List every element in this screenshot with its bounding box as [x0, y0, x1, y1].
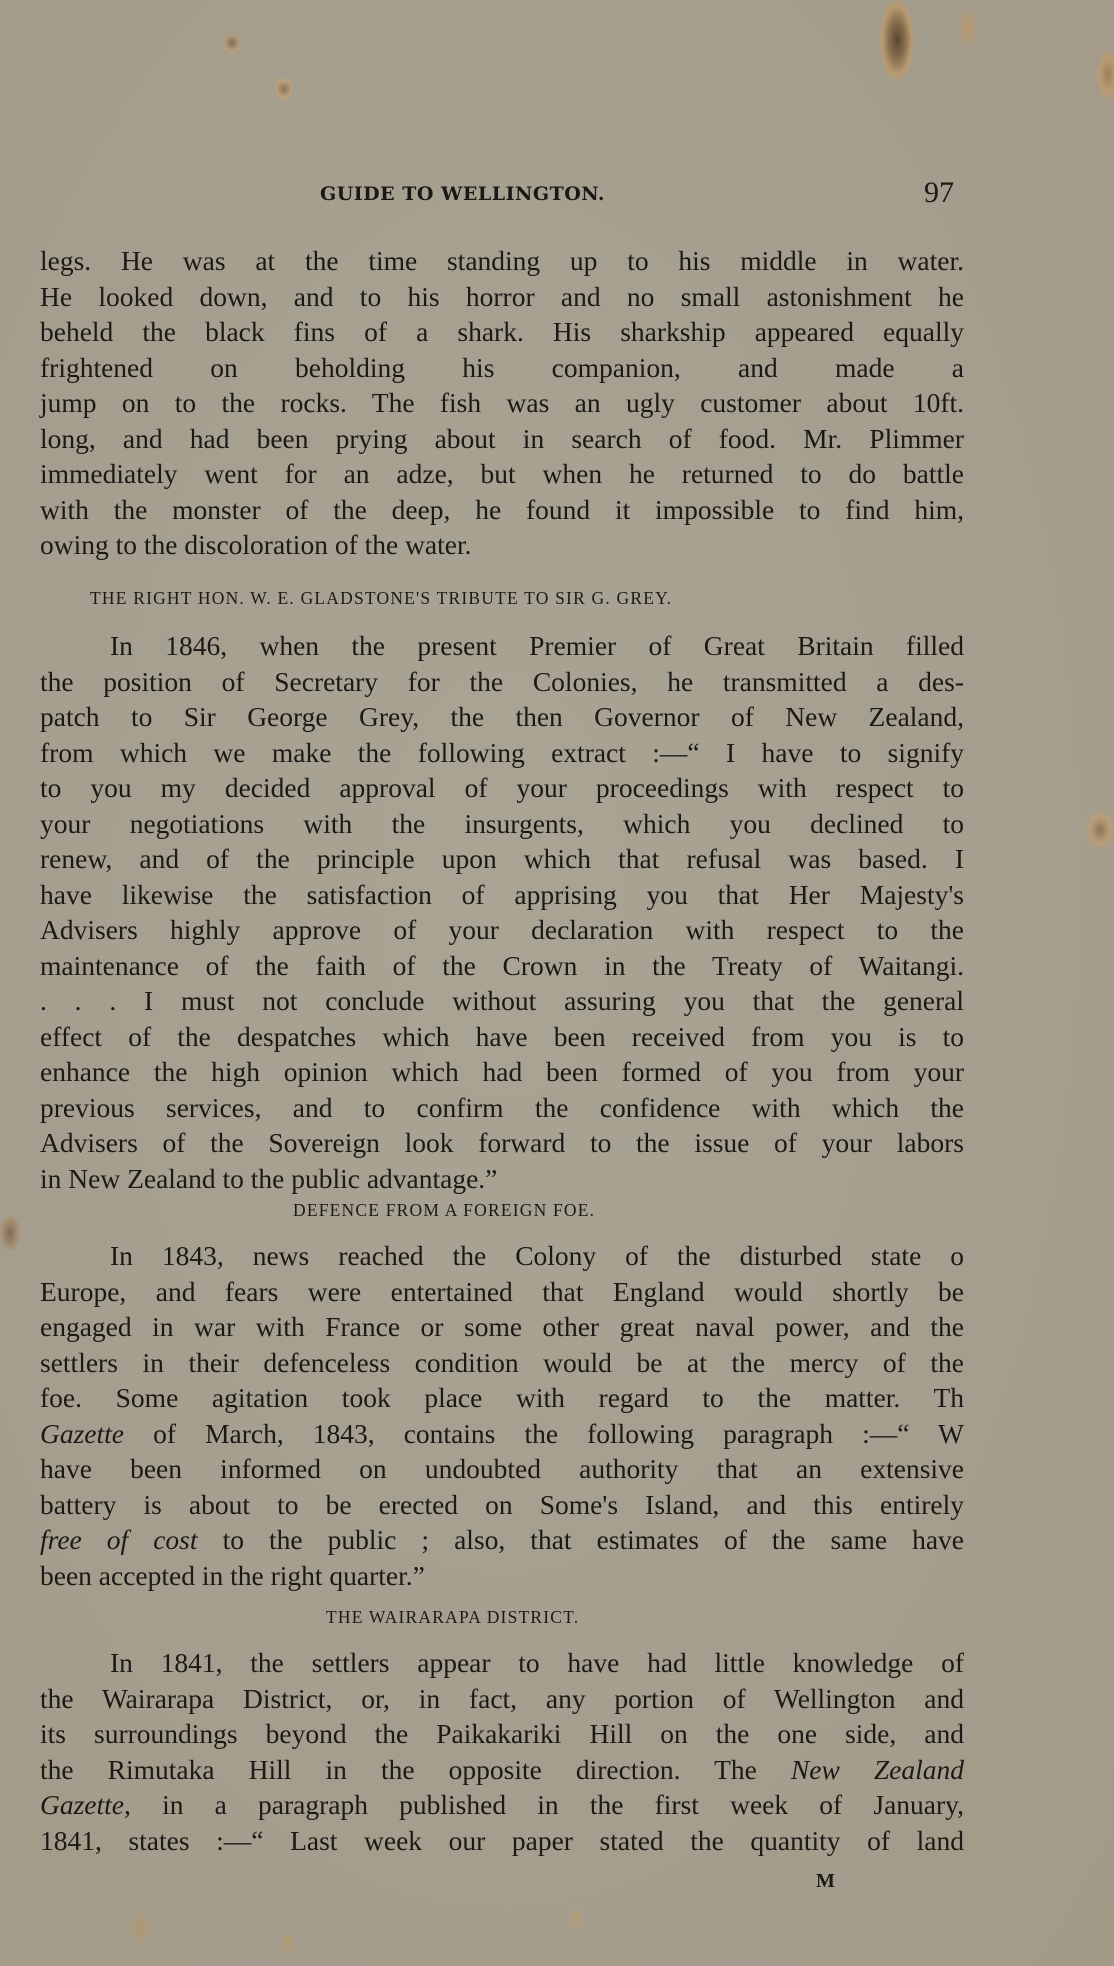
text-line: In 1841, the settlers appear to have had…	[40, 1645, 964, 1681]
section-heading-wairarapa: THE WAIRARAPA DISTRICT.	[326, 1607, 579, 1628]
italic-gazette: Gazette	[40, 1418, 124, 1449]
text-line: 1841, states :—“ Last week our paper sta…	[40, 1823, 964, 1859]
text-line: with the monster of the deep, he found i…	[40, 492, 964, 528]
text-line: previous services, and to confirm the co…	[40, 1090, 964, 1126]
text-line: in New Zealand to the public advantage.”	[40, 1161, 964, 1197]
text-line: engaged in war with France or some other…	[40, 1309, 964, 1345]
signature-mark: M	[816, 1870, 835, 1893]
text-line: frightened on beholding his companion, a…	[40, 350, 964, 386]
text-line: have been informed on undoubted authorit…	[40, 1451, 964, 1487]
text-line-gazette: Gazette, in a paragraph published in the…	[40, 1787, 964, 1823]
page-number: 97	[924, 176, 954, 210]
text-line: patch to Sir George Grey, the then Gover…	[40, 699, 964, 735]
text-line: been accepted in the right quarter.”	[40, 1558, 964, 1594]
text-line: your negotiations with the insurgents, w…	[40, 806, 964, 842]
text-line: In 1846, when the present Premier of Gre…	[40, 628, 964, 664]
text-line: enhance the high opinion which had been …	[40, 1054, 964, 1090]
italic-gazette: Gazette	[40, 1789, 124, 1820]
text-line: its surroundings beyond the Paikakariki …	[40, 1716, 964, 1752]
text-line: He looked down, and to his horror and no…	[40, 279, 964, 315]
text-line: effect of the despatches which have been…	[40, 1019, 964, 1055]
text-line: maintenance of the faith of the Crown in…	[40, 948, 964, 984]
text-line: settlers in their defenceless condition …	[40, 1345, 964, 1381]
text-line: the Wairarapa District, or, in fact, any…	[40, 1681, 964, 1717]
italic-free-of-cost: free of cost	[40, 1524, 198, 1555]
text-line: renew, and of the principle upon which t…	[40, 841, 964, 877]
text-line-gazette: Gazette of March, 1843, contains the fol…	[40, 1416, 964, 1452]
text-line-free-of-cost: free of cost to the public ; also, that …	[40, 1522, 964, 1558]
book-page: GUIDE TO WELLINGTON. 97 legs. He was at …	[0, 0, 1114, 1966]
text-line: have likewise the satisfaction of appris…	[40, 877, 964, 913]
section-heading-defence: DEFENCE FROM A FOREIGN FOE.	[293, 1200, 595, 1221]
text-line: . . . I must not conclude without assuri…	[40, 983, 964, 1019]
paragraph-shark: legs. He was at the time standing up to …	[40, 243, 964, 563]
text-line: jump on to the rocks. The fish was an ug…	[40, 385, 964, 421]
italic-new-zealand: New Zealand	[791, 1754, 964, 1785]
paragraph-wairarapa: In 1841, the settlers appear to have had…	[40, 1645, 964, 1858]
text-line-new-zealand: the Rimutaka Hill in the opposite direct…	[40, 1752, 964, 1788]
text-line: immediately went for an adze, but when h…	[40, 456, 964, 492]
text-line: the position of Secretary for the Coloni…	[40, 664, 964, 700]
text-line: foe. Some agitation took place with rega…	[40, 1380, 964, 1416]
text-line: legs. He was at the time standing up to …	[40, 243, 964, 279]
text-line: Advisers of the Sovereign look forward t…	[40, 1125, 964, 1161]
running-head-title: GUIDE TO WELLINGTON.	[320, 183, 605, 205]
section-heading-gladstone: THE RIGHT HON. W. E. GLADSTONE'S TRIBUTE…	[90, 588, 672, 609]
paragraph-gladstone: In 1846, when the present Premier of Gre…	[40, 628, 964, 1196]
text-line: beheld the black fins of a shark. His sh…	[40, 314, 964, 350]
text-line: Europe, and fears were entertained that …	[40, 1274, 964, 1310]
text-line: owing to the discoloration of the water.	[40, 527, 964, 563]
text-line: Advisers highly approve of your declarat…	[40, 912, 964, 948]
paragraph-defence: In 1843, news reached the Colony of the …	[40, 1238, 964, 1593]
text-line: long, and had been prying about in searc…	[40, 421, 964, 457]
text-line: from which we make the following extract…	[40, 735, 964, 771]
text-line: In 1843, news reached the Colony of the …	[40, 1238, 964, 1274]
text-line: battery is about to be erected on Some's…	[40, 1487, 964, 1523]
text-line: to you my decided approval of your proce…	[40, 770, 964, 806]
